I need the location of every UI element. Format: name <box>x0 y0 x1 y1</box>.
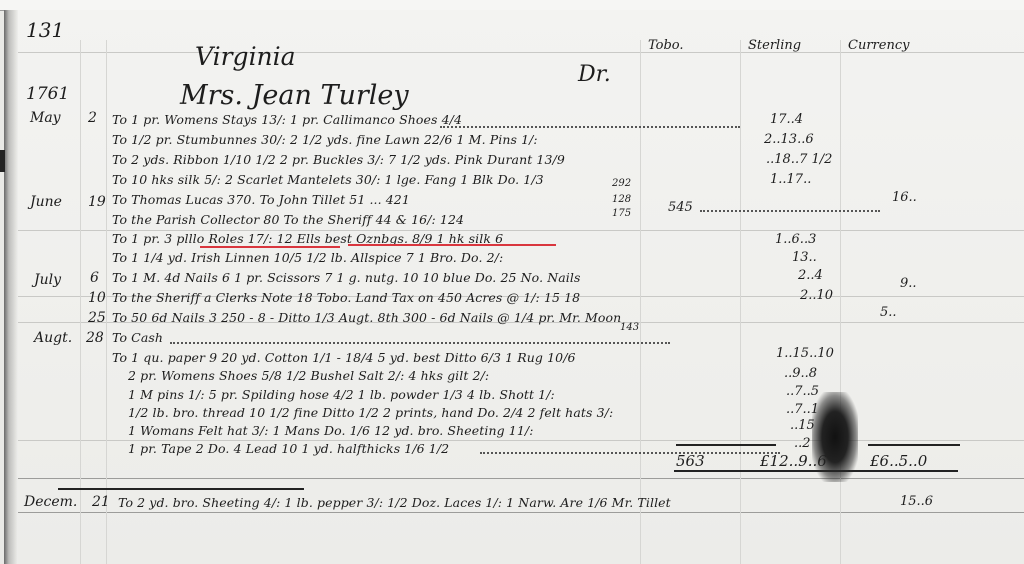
entry-text: To the Parish Collector 80 To the Sherif… <box>112 212 464 227</box>
entry-day: 28 <box>86 330 104 346</box>
entry-sterling: 1..15..10 <box>776 346 834 361</box>
entry-sterling: 17..4 <box>770 112 803 127</box>
entry-text: 1/2 lb. bro. thread 10 1/2 fine Ditto 1/… <box>128 405 613 420</box>
page-title: Virginia <box>195 42 296 71</box>
entry-month: July <box>34 272 61 288</box>
entry-text: To Thomas Lucas 370. To John Tillet 51 .… <box>112 192 410 207</box>
section-rule <box>58 488 304 490</box>
entry-text: To the Sheriff a Clerks Note 18 Tobo. La… <box>112 290 580 305</box>
entry-text: To 1 1/4 yd. Irish Linnen 10/5 1/2 lb. A… <box>112 250 503 265</box>
leader-dots <box>700 210 880 212</box>
entry-text: To 1/2 pr. Stumbunnes 30/: 2 1/2 yds. fi… <box>112 132 538 147</box>
entry-day: 6 <box>90 270 99 286</box>
margin-rule <box>106 40 107 564</box>
total-currency: £6..5..0 <box>870 452 927 470</box>
entry-day: 21 <box>92 494 110 510</box>
column-header-currency: Currency <box>848 38 909 53</box>
entry-text: To Cash <box>112 330 163 345</box>
red-underline <box>200 246 340 248</box>
entry-tobacco: 143 <box>620 322 639 333</box>
entry-day: 2 <box>88 110 97 126</box>
column-header-tobacco: Tobo. <box>648 38 684 53</box>
entry-sterling: ..18..7 1/2 <box>766 152 832 167</box>
leader-dots <box>480 452 780 454</box>
entry-text: To 2 yds. Ribbon 1/10 1/2 2 pr. Buckles … <box>112 152 565 167</box>
entry-tobacco: 545 <box>668 200 693 215</box>
entry-currency: 15..6 <box>900 494 933 509</box>
total-rule <box>868 444 960 446</box>
tobacco-bracket-value: 292 <box>612 178 631 189</box>
column-rule <box>640 40 641 564</box>
ruled-line <box>18 512 1024 513</box>
entry-month: Augt. <box>34 330 72 346</box>
entry-sterling: 2..4 <box>798 268 823 283</box>
entry-text: 1 Womans Felt hat 3/: 1 Mans Do. 1/6 12 … <box>128 423 534 438</box>
total-rule <box>676 444 776 446</box>
folio-number: 131 <box>26 18 64 42</box>
entry-sterling: 1..17.. <box>770 172 811 187</box>
leader-dots <box>170 342 670 344</box>
ledger-page <box>4 10 1024 564</box>
entry-sterling: 2..10 <box>800 288 833 303</box>
column-header-sterling: Sterling <box>748 38 801 53</box>
entry-text: To 2 yd. bro. Sheeting 4/: 1 lb. pepper … <box>118 495 671 510</box>
column-rule <box>840 40 841 564</box>
entry-currency: 5.. <box>880 305 897 320</box>
entry-text: 1 pr. Tape 2 Do. 4 Lead 10 1 yd. halfthi… <box>128 441 449 456</box>
entry-text: To 1 pr. Womens Stays 13/: 1 pr. Callima… <box>112 112 462 127</box>
entry-text: To 10 hks silk 5/: 2 Scarlet Mantelets 3… <box>112 172 544 187</box>
scan-margin-mark <box>0 150 5 172</box>
entry-text: To 50 6d Nails 3 250 - 8 - Ditto 1/3 Aug… <box>112 310 621 325</box>
entry-day: 25 <box>88 310 106 326</box>
ledger-year: 1761 <box>26 84 69 104</box>
tobacco-bracket-value: 175 <box>612 208 631 219</box>
account-name: Mrs. Jean Turley <box>180 80 409 111</box>
total-tobacco: 563 <box>676 452 705 470</box>
entry-month: May <box>30 110 61 126</box>
leader-dots <box>440 126 740 128</box>
entry-sterling: 1..6..3 <box>775 232 816 247</box>
entry-month: June <box>30 194 62 210</box>
entry-text: 1 M pins 1/: 5 pr. Spilding hose 4/2 1 l… <box>128 387 555 402</box>
entry-currency: 16.. <box>892 190 917 205</box>
entry-text: To 1 M. 4d Nails 6 1 pr. Scissors 7 1 g.… <box>112 270 581 285</box>
entry-sterling: ..2 <box>794 436 811 451</box>
entry-sterling: 2..13..6 <box>764 132 814 147</box>
ruled-line <box>18 478 1024 479</box>
entry-sterling: 13.. <box>792 250 817 265</box>
debit-marker: Dr. <box>578 62 611 87</box>
red-underline <box>348 244 556 246</box>
entry-day: 10 <box>88 290 106 306</box>
ink-blot <box>812 392 858 482</box>
page-binding-edge <box>4 10 18 564</box>
entry-sterling: ..9..8 <box>784 366 817 381</box>
entry-text: 2 pr. Womens Shoes 5/8 1/2 Bushel Salt 2… <box>128 368 489 383</box>
tobacco-bracket-value: 128 <box>612 194 631 205</box>
entry-text: To 1 qu. paper 9 20 yd. Cotton 1/1 - 18/… <box>112 350 576 365</box>
entry-day: 19 <box>88 194 106 210</box>
margin-rule <box>80 40 81 564</box>
entry-currency: 9.. <box>900 276 917 291</box>
column-rule <box>740 40 741 564</box>
entry-month: Decem. <box>24 494 77 510</box>
